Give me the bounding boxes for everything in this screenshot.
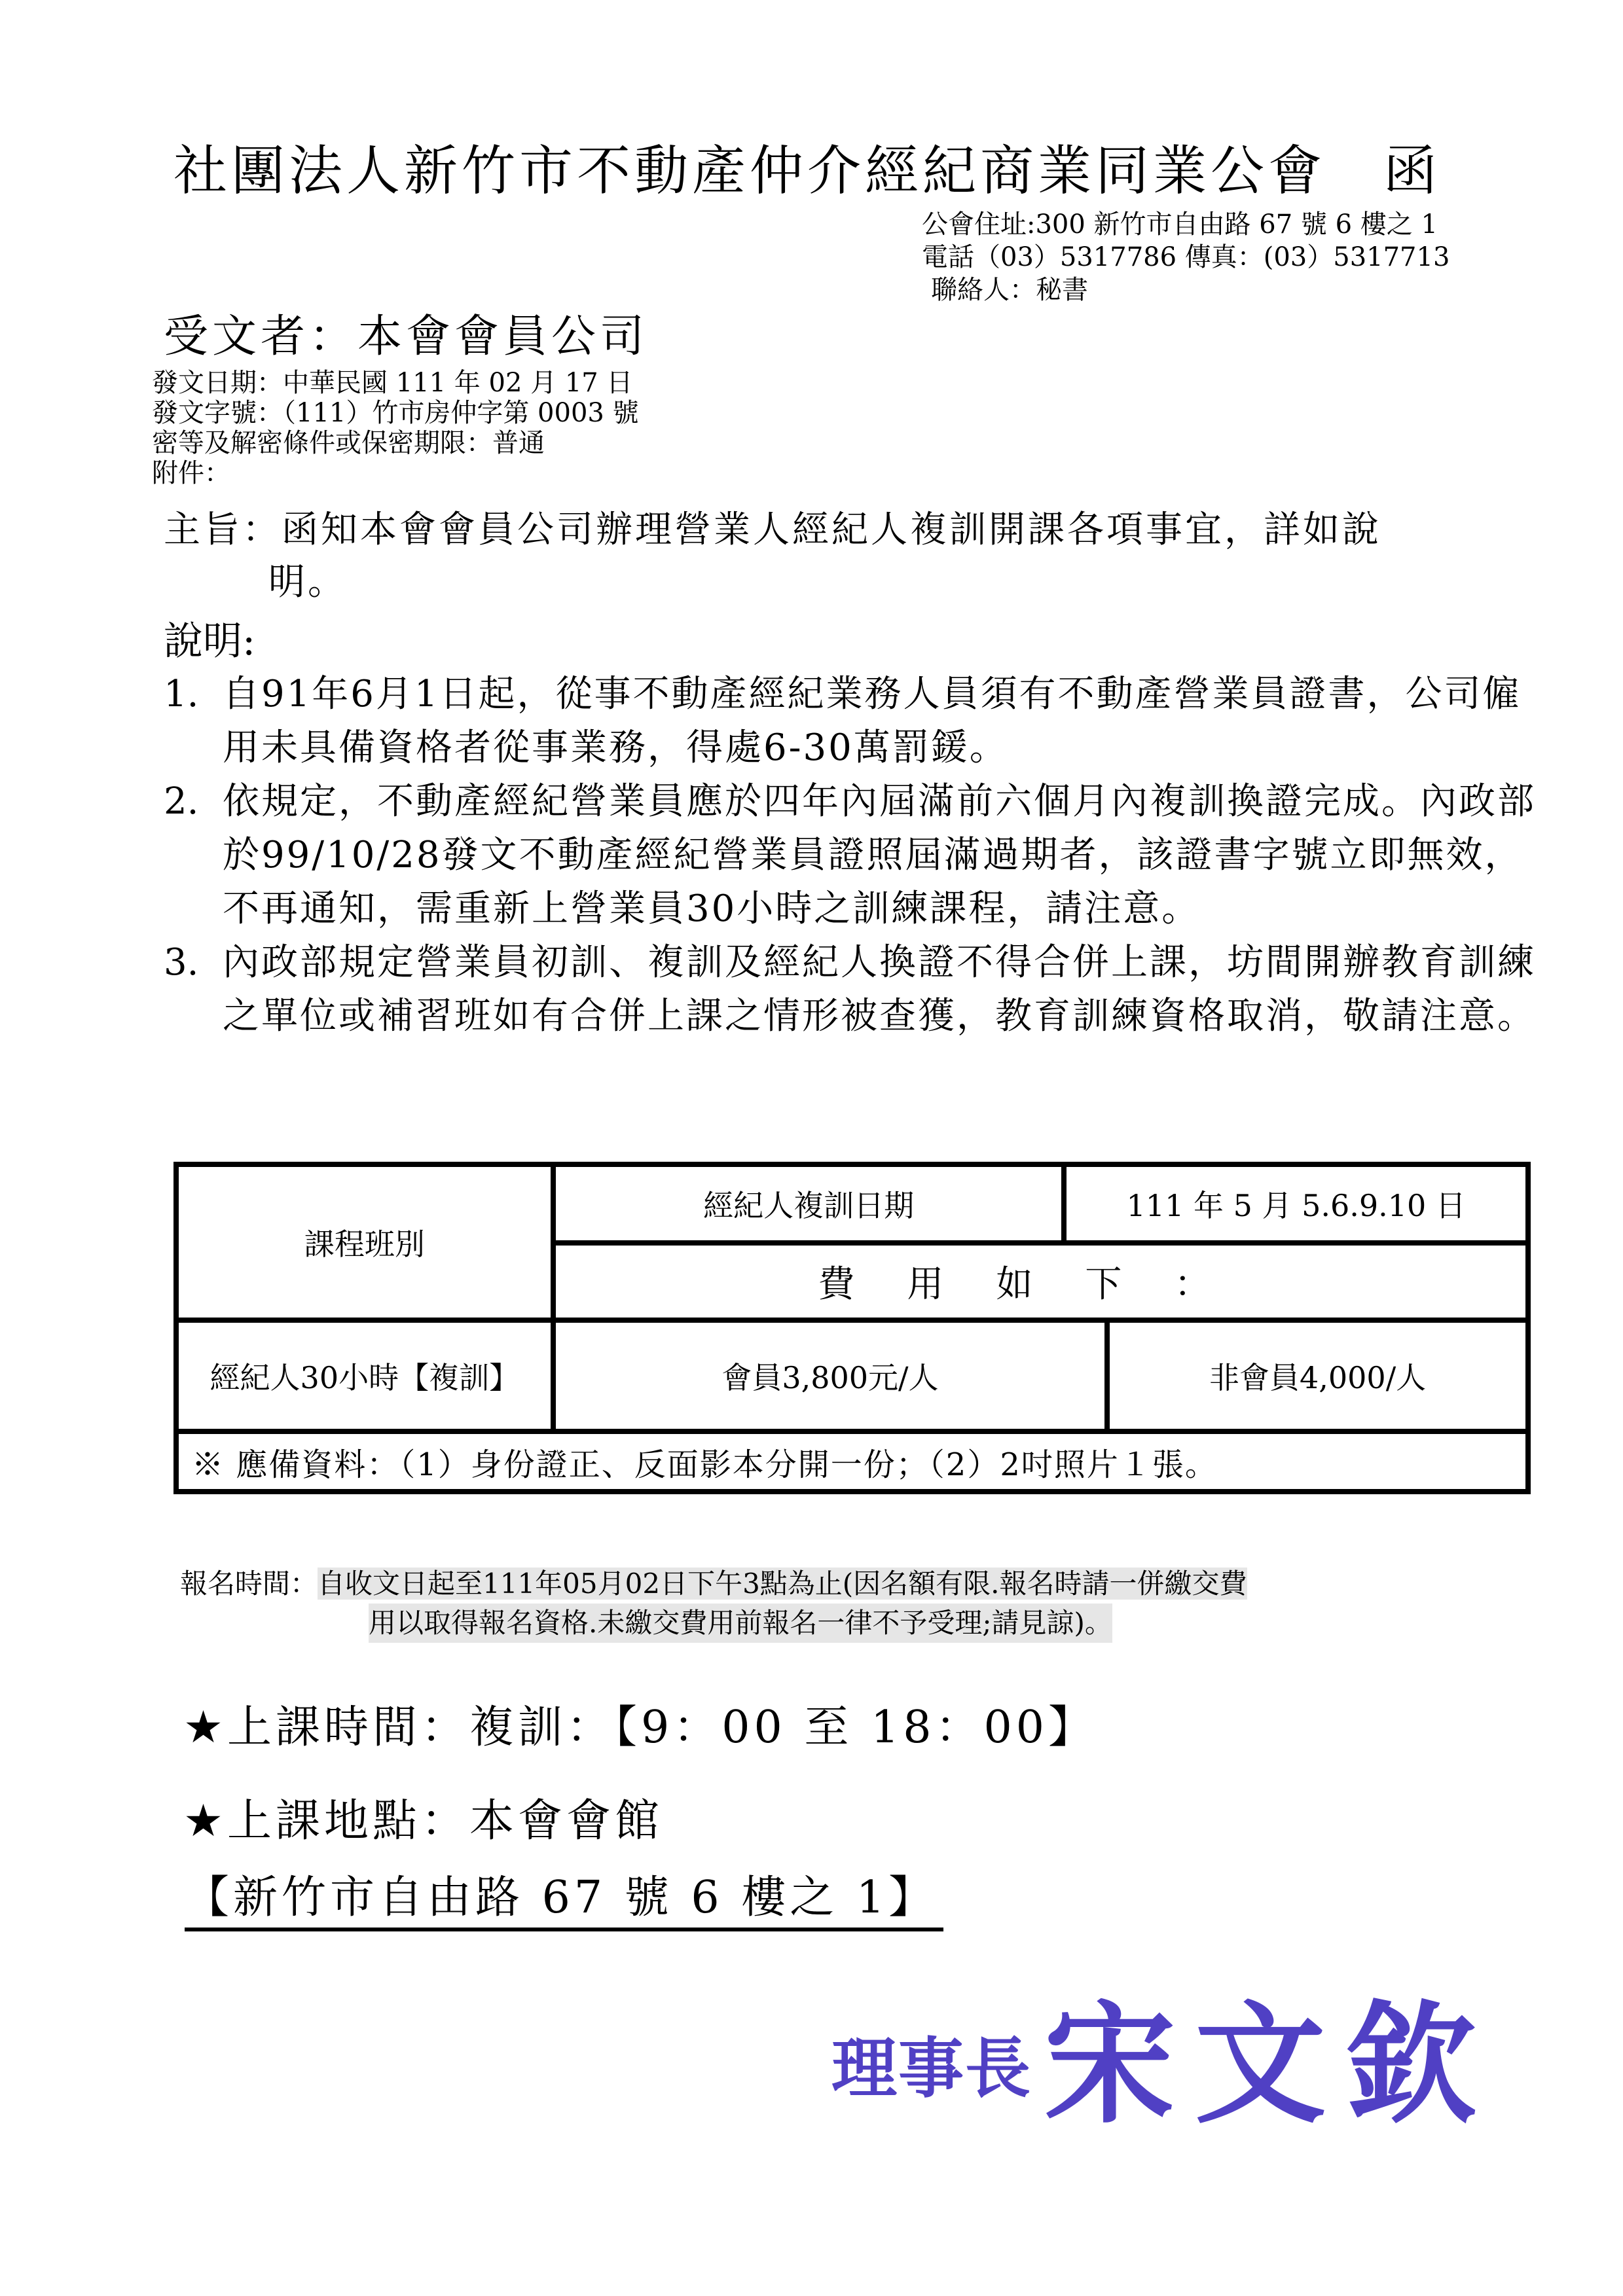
registration-note-line1: (因名額有限.報名時請一併繳交費 bbox=[843, 1568, 1247, 1600]
registration-note-line2: 用以取得報名資格.未繳交費用前報名一律不予受理;請見諒)。 bbox=[369, 1604, 1112, 1643]
org-contact-block: 公會住址:300 新竹市自由路 67 號 6 樓之 1 電話（03）531778… bbox=[922, 208, 1450, 306]
item-text: 依規定，不動產經紀營業員應於四年內屆滿前六個月內複訓換證完成。內政部於99/10… bbox=[223, 775, 1539, 936]
item-number: 1. bbox=[164, 668, 223, 775]
attachment: 附件： bbox=[152, 458, 639, 488]
item-number: 3. bbox=[164, 936, 223, 1043]
issue-date: 發文日期：中華民國 111 年 02 月 17 日 bbox=[152, 368, 639, 398]
signature-stamp-name: 宋文欽 bbox=[1044, 1960, 1496, 2148]
fee-table: 課程班別 經紀人複訓日期 111 年 5 月 5.6.9.10 日 費用如下： … bbox=[173, 1162, 1531, 1494]
star-icon: ★ bbox=[183, 1795, 227, 1847]
explanation-list: 1. 自91年6月1日起，從事不動產經紀業務人員須有不動產營業員證書，公司僱用未… bbox=[164, 668, 1539, 1043]
requirements-cell: ※ 應備資料：（1）身份證正、反面影本分開一份；（2）2吋照片１張。 bbox=[176, 1431, 1528, 1492]
subject-label: 主旨： bbox=[164, 509, 282, 551]
subject: 主旨：函知本會會員公司辦理營業人經紀人複訓開課各項事宜，詳如說 明。 bbox=[164, 504, 1539, 609]
member-fee-cell: 會員3,800元/人 bbox=[553, 1320, 1108, 1431]
class-address: 【新竹市自由路 67 號 6 樓之 1】 bbox=[185, 1869, 943, 1931]
document-meta: 發文日期：中華民國 111 年 02 月 17 日 發文字號：（111）竹市房仲… bbox=[152, 368, 639, 488]
registration-period: 報名時間：自收文日起至111年05月02日下午3點為止(因名額有限.報名時請一併… bbox=[180, 1564, 1247, 1643]
registration-label: 報名時間： bbox=[180, 1568, 318, 1600]
document-number: 發文字號：（111）竹市房仲字第 0003 號 bbox=[152, 398, 639, 428]
signature-stamp-title: 理事長 bbox=[831, 2016, 1032, 2110]
star-icon: ★ bbox=[183, 1702, 227, 1753]
org-contact-person: 聯絡人：秘書 bbox=[922, 274, 1450, 306]
nonmember-fee-cell: 非會員4,000/人 bbox=[1107, 1320, 1528, 1431]
subject-line2: 明。 bbox=[164, 556, 1539, 609]
list-item: 3. 內政部規定營業員初訓、複訓及經紀人換證不得合併上課，坊間開辦教育訓練之單位… bbox=[164, 936, 1539, 1043]
date-label-cell: 經紀人複訓日期 bbox=[553, 1164, 1065, 1243]
class-header-cell: 課程班別 bbox=[176, 1164, 553, 1320]
document-title: 社團法人新竹市不動產仲介經紀商業同業公會 函 bbox=[173, 139, 1441, 204]
confidentiality: 密等及解密條件或保密期限：普通 bbox=[152, 428, 639, 458]
item-number: 2. bbox=[164, 775, 223, 936]
class-time-text: 上課時間：複訓：【9：00 至 18：00】 bbox=[227, 1702, 1097, 1753]
subject-line1: 函知本會會員公司辦理營業人經紀人複訓開課各項事宜，詳如說 bbox=[282, 509, 1381, 551]
org-phone-fax: 電話（03）5317786 傳真：(03）5317713 bbox=[922, 241, 1450, 274]
class-location-text: 上課地點：本會會館 bbox=[227, 1795, 663, 1847]
list-item: 2. 依規定，不動產經紀營業員應於四年內屆滿前六個月內複訓換證完成。內政部於99… bbox=[164, 775, 1539, 936]
registration-deadline: 自收文日起至111年05月02日下午3點為止 bbox=[318, 1568, 843, 1600]
recipient: 受文者：本會會員公司 bbox=[164, 308, 648, 367]
course-name-cell: 經紀人30小時【複訓】 bbox=[176, 1320, 553, 1431]
fee-header-cell: 費用如下： bbox=[553, 1243, 1528, 1320]
item-text: 自91年6月1日起，從事不動產經紀業務人員須有不動產營業員證書，公司僱用未具備資… bbox=[223, 668, 1539, 775]
date-value-cell: 111 年 5 月 5.6.9.10 日 bbox=[1064, 1164, 1528, 1243]
list-item: 1. 自91年6月1日起，從事不動產經紀業務人員須有不動產營業員證書，公司僱用未… bbox=[164, 668, 1539, 775]
item-text: 內政部規定營業員初訓、複訓及經紀人換證不得合併上課，坊間開辦教育訓練之單位或補習… bbox=[223, 936, 1539, 1043]
org-address: 公會住址:300 新竹市自由路 67 號 6 樓之 1 bbox=[922, 208, 1450, 241]
class-location: ★上課地點：本會會館 bbox=[183, 1792, 663, 1851]
class-time: ★上課時間：複訓：【9：00 至 18：00】 bbox=[183, 1698, 1097, 1757]
explanation-heading: 說明: bbox=[164, 615, 255, 668]
